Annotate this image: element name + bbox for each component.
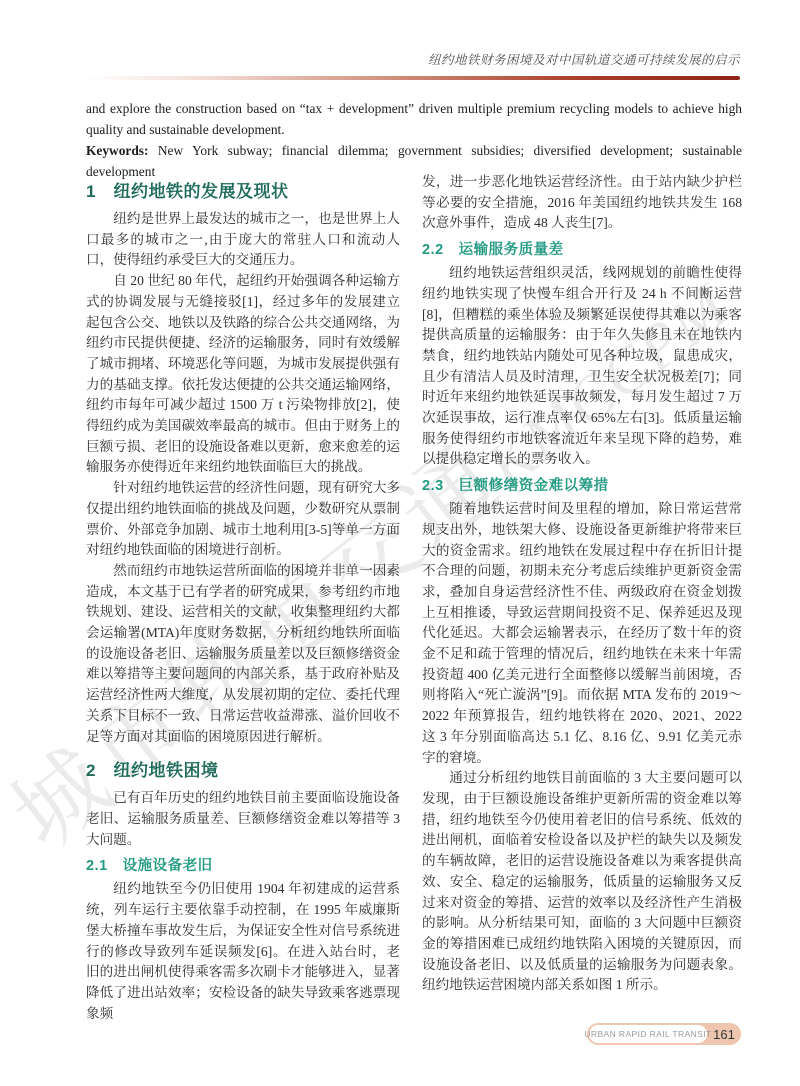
- section-2-3-heading: 2.3 巨额修缮资金难以筹措: [422, 474, 742, 495]
- paragraph: 通过分析纽约地铁目前面临的 3 大主要问题可以发现，由于巨额设施设备维护更新所需…: [422, 768, 742, 996]
- paragraph: 已有百年历史的纽约地铁目前主要面临设施设备老旧、运输服务质量差、巨额修缮资金难以…: [86, 788, 400, 850]
- abstract-english-tail: and explore the construction based on “t…: [86, 98, 742, 140]
- keywords-label: Keywords:: [86, 143, 148, 158]
- section-2-1-heading: 2.1 设施设备老旧: [86, 854, 400, 875]
- paper-page: 纽约地铁财务困境及对中国轨道交通可持续发展的启示 and explore the…: [0, 0, 800, 1086]
- two-column-body: 1 纽约地铁的发展及现状 纽约是世界上最发达的城市之一，也是世界上人口最多的城市…: [86, 172, 742, 1024]
- paragraph: 针对纽约地铁运营的经济性问题，现有研究大多仅提出纽约地铁面临的挑战及问题，少数研…: [86, 478, 400, 561]
- paragraph-continuation: 发，进一步恶化地铁运营经济性。由于站内缺少护栏等必要的安全措施，2016 年美国…: [422, 172, 742, 234]
- abstract-block: and explore the construction based on “t…: [86, 98, 742, 182]
- paragraph: 纽约地铁运营组织灵活，线网规划的前瞻性使得纽约地铁实现了快慢车组合开行及 24 …: [422, 263, 742, 470]
- paragraph: 纽约地铁至今仍旧使用 1904 年初建成的运营系统，列车运行主要依靠手动控制，在…: [86, 879, 400, 1024]
- footer-journal-name: URBAN RAPID RAIL TRANSIT: [589, 1025, 707, 1043]
- section-2-heading: 2 纽约地铁困境: [86, 756, 400, 781]
- left-column: 1 纽约地铁的发展及现状 纽约是世界上最发达的城市之一，也是世界上人口最多的城市…: [86, 172, 400, 1024]
- header-rule-line: [86, 76, 740, 80]
- section-1-heading: 1 纽约地铁的发展及现状: [86, 177, 400, 202]
- right-column: 发，进一步恶化地铁运营经济性。由于站内缺少护栏等必要的安全措施，2016 年美国…: [422, 172, 742, 1024]
- footer-page-number: 161: [707, 1027, 741, 1042]
- section-2-2-heading: 2.2 运输服务质量差: [422, 238, 742, 259]
- running-title: 纽约地铁财务困境及对中国轨道交通可持续发展的启示: [86, 50, 740, 68]
- paragraph: 纽约是世界上最发达的城市之一，也是世界上人口最多的城市之一,由于庞大的常驻人口和…: [86, 209, 400, 271]
- paragraph: 随着地铁运营时间及里程的增加，除日常运营常规支出外，地铁架大修、设施设备更新维护…: [422, 499, 742, 768]
- footer-page-badge: URBAN RAPID RAIL TRANSIT 161: [587, 1023, 741, 1045]
- paragraph: 自 20 世纪 80 年代，起纽约开始强调各种运输方式的协调发展与无缝接驳[1]…: [86, 271, 400, 478]
- paragraph: 然而纽约市地铁运营所面临的困境并非单一因素造成，本文基于已有学者的研究成果，参考…: [86, 561, 400, 747]
